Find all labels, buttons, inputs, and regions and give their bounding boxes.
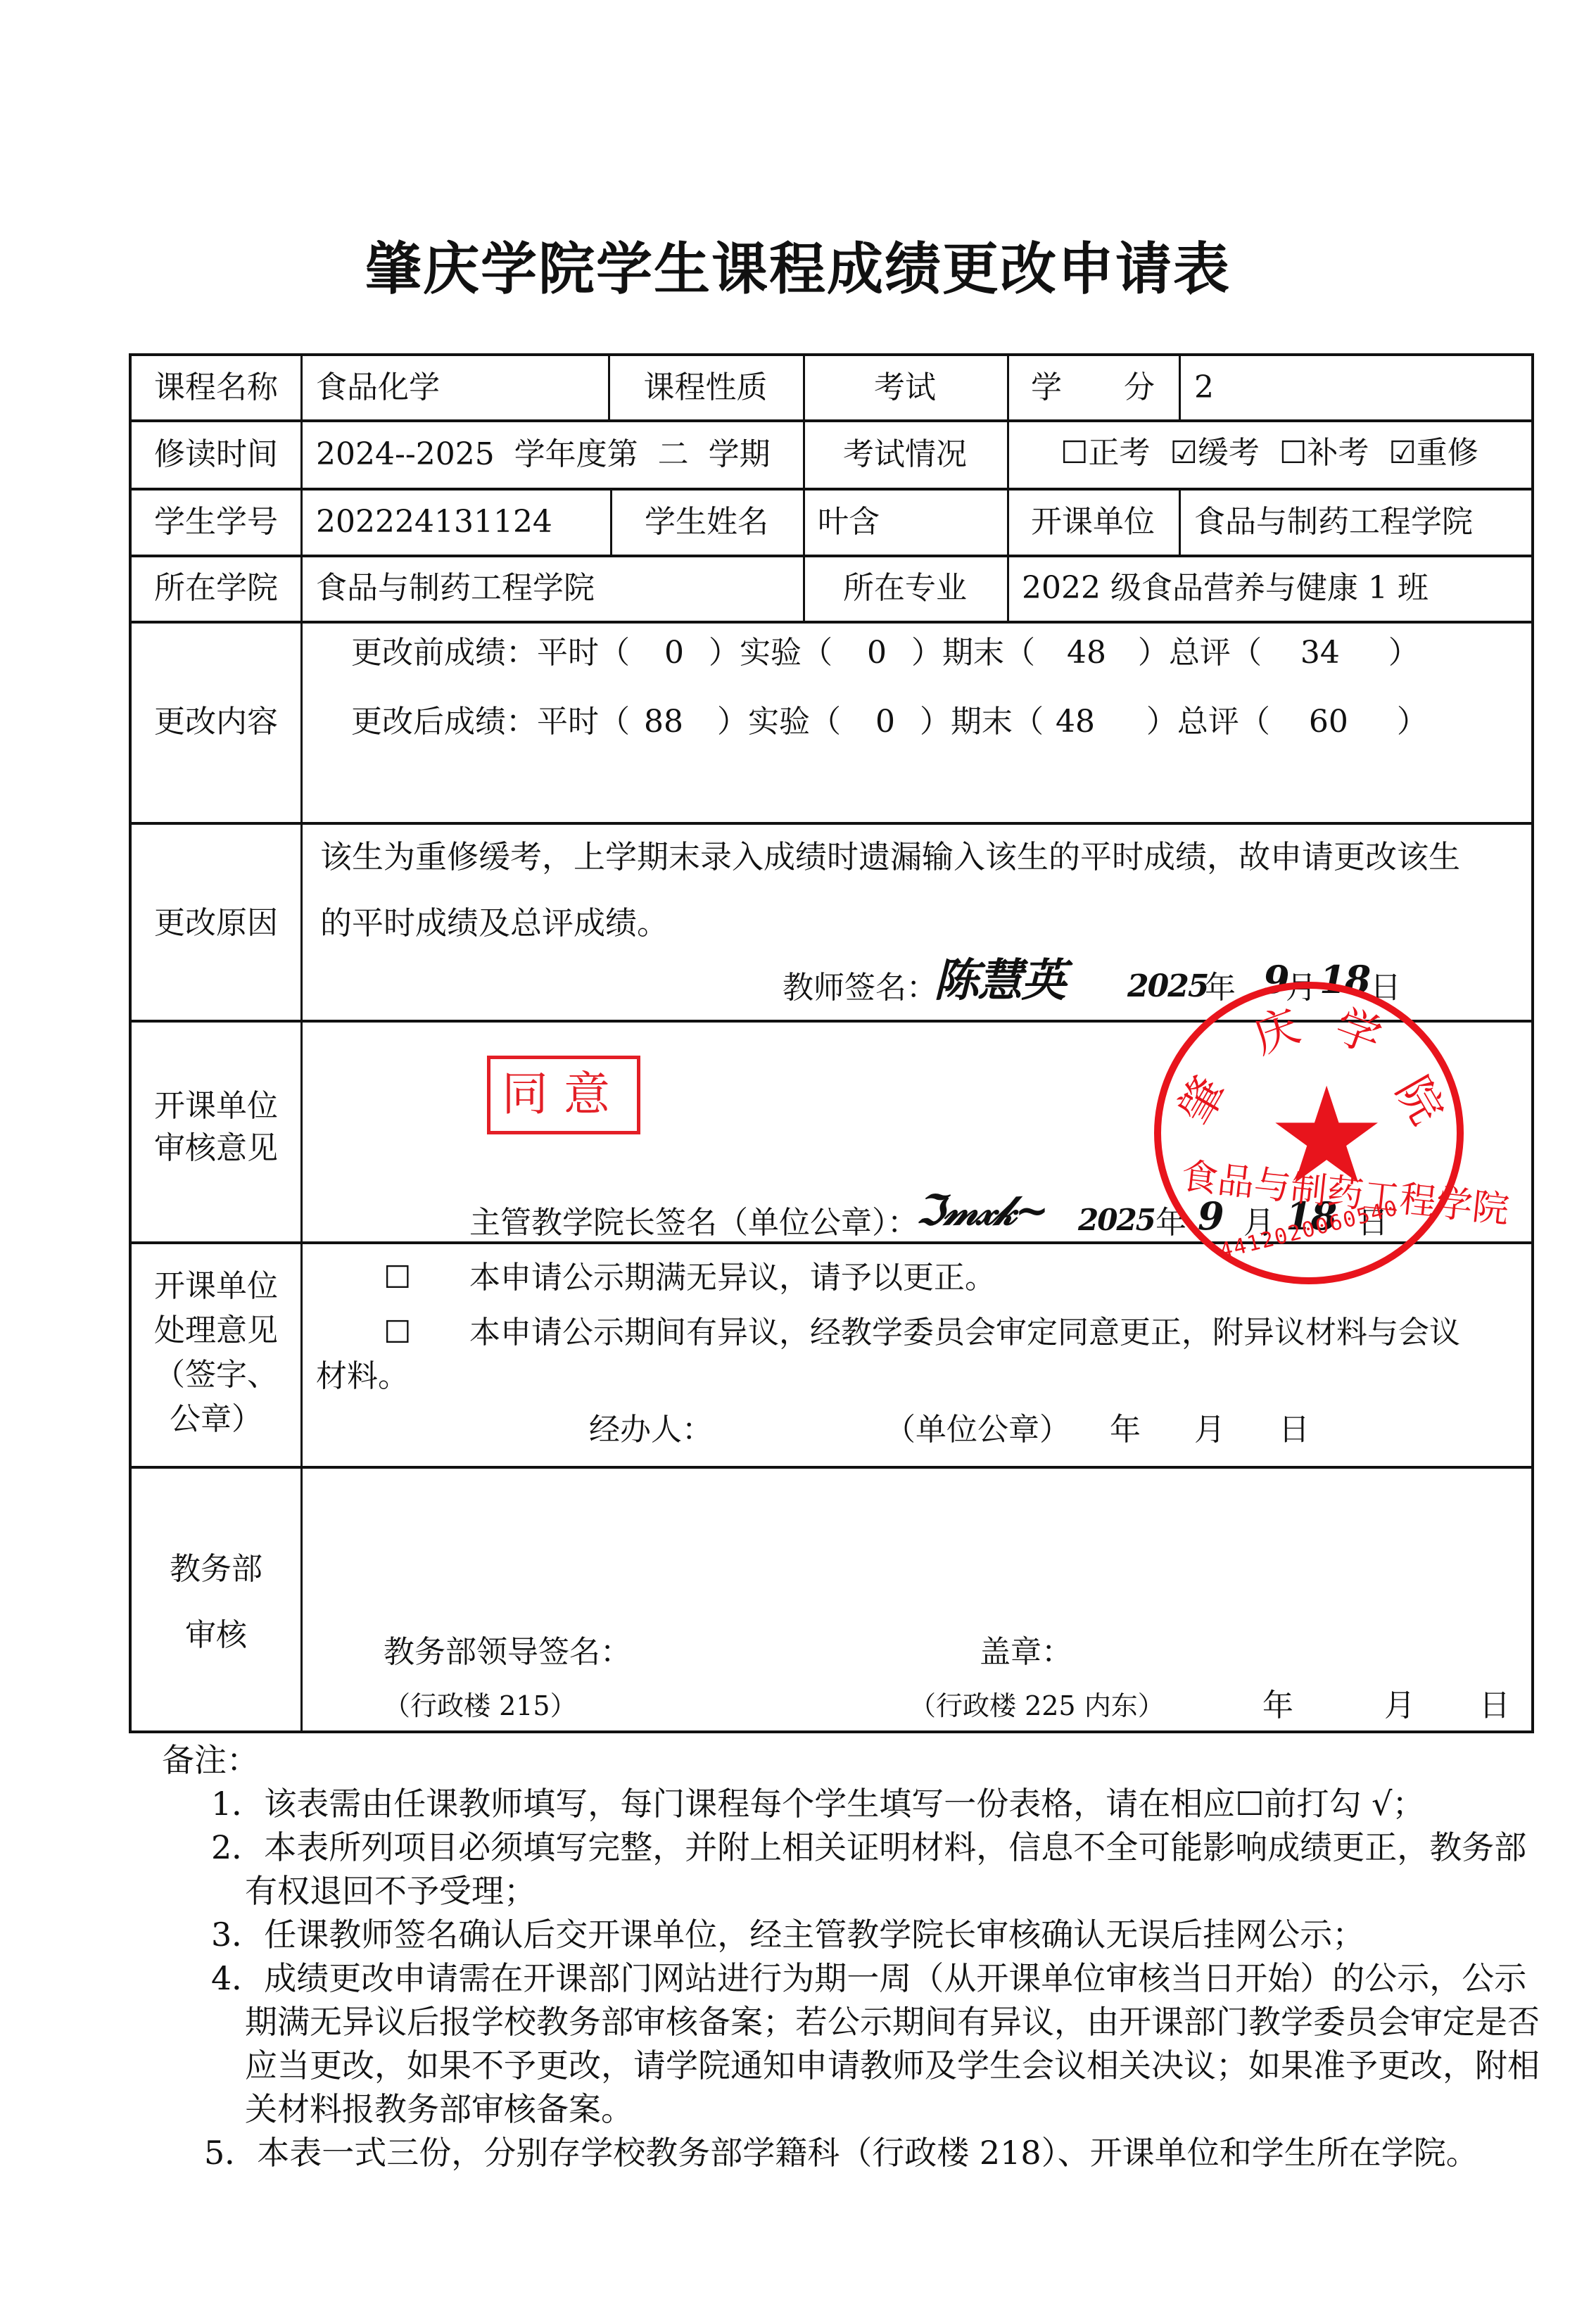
month-label: 月 (1194, 1412, 1225, 1448)
regular-label: 平时 (537, 635, 599, 671)
col-divider (1179, 356, 1181, 419)
after-scores: 更改后成绩：平时（88 ）实验（ 0 ）期末（48 ）总评（ 60 ） (351, 704, 1428, 740)
teacher-sign-label: 教师签名： (783, 970, 937, 1006)
col-divider (803, 488, 805, 555)
note-item: 1．该表需由任课教师填写，每门课程每个学生填写一份表格，请在相应☐前打勾 √； (211, 1782, 1540, 1825)
after-final-score: 48 (1044, 704, 1107, 740)
before-lab-score: 0 (852, 635, 901, 671)
leader-sign-label: 教务部领导签名： (384, 1634, 631, 1671)
row-divider (132, 419, 1531, 422)
option2-text: 本申请公示期间有异议，经教学委员会审定同意更正，附异议材料与会议 (469, 1315, 1460, 1351)
note-item-cont: 有权退回不予受理； (245, 1869, 1540, 1913)
exam-status-label: 考试情况 (803, 436, 1007, 473)
after-regular-score: 88 (630, 704, 697, 740)
after-lab-score: 0 (861, 704, 910, 740)
course-name-value: 食品化学 (316, 369, 440, 406)
year-label: 年 (1110, 1412, 1141, 1448)
offering-unit-label: 开课单位 (1007, 504, 1179, 540)
row-divider (132, 822, 1531, 825)
total-label: 总评 (1177, 704, 1239, 740)
note-item: 3．任课教师签名确认后交开课单位，经主管教学院长审核确认无误后挂网公示； (211, 1913, 1540, 1956)
option-label: 正考 (1088, 435, 1150, 471)
label-line: 处理意见 (132, 1308, 300, 1353)
option-label: 补考 (1307, 435, 1369, 471)
before-scores: 更改前成绩：平时（ 0 ）实验（ 0 ）期末（ 48 ）总评（ 34 ） (351, 635, 1419, 671)
final-label: 期末 (951, 704, 1013, 740)
seal-char: 院 (1383, 1063, 1462, 1134)
day-label: 日 (1279, 1412, 1310, 1448)
academic-affairs-label: 教务部 (132, 1551, 300, 1588)
after-total-score: 60 (1290, 704, 1367, 740)
seal-label: 盖章： (980, 1634, 1072, 1671)
checkbox-retake[interactable]: ☑ (1388, 435, 1416, 471)
major-value: 2022 级食品营养与健康 1 班 (1022, 570, 1429, 607)
unit-review-label: 开课单位 (132, 1088, 300, 1125)
reason-line-1: 该生为重修缓考，上学期末录入成绩时遗漏输入该生的平时成绩，故申请更改该生 (320, 839, 1460, 875)
notes-section: 备注： 1．该表需由任课教师填写，每门课程每个学生填写一份表格，请在相应☐前打勾… (155, 1738, 1540, 2175)
course-name-label: 课程名称 (132, 369, 300, 406)
before-final-score: 48 (1055, 635, 1118, 671)
course-type-label: 课程性质 (608, 369, 803, 406)
col-divider (300, 356, 303, 1733)
dean-sign-label: 主管教学院长签名（单位公章）： (469, 1205, 918, 1241)
before-total-score: 34 (1281, 635, 1359, 671)
change-content-label: 更改内容 (132, 704, 300, 740)
note-item-cont: 应当更改，如果不予更改，请学院通知申请教师及学生会议相关决议；如果准予更改，附相 (245, 2044, 1540, 2087)
study-time-label: 修读时间 (132, 436, 300, 473)
month-label: 月 (1384, 1688, 1415, 1724)
student-name-label: 学生姓名 (610, 504, 803, 540)
handler-label: 经办人： (589, 1412, 713, 1448)
checkbox-deferred-exam[interactable]: ☑ (1170, 435, 1197, 471)
teacher-signature: 陈慧英 (934, 963, 1065, 999)
seal-char: 肇 (1160, 1063, 1239, 1134)
notes-heading: 备注： (162, 1738, 1540, 1782)
academic-affairs-label-2: 审核 (132, 1617, 300, 1654)
lab-label: 实验 (748, 704, 810, 740)
col-divider (1007, 419, 1009, 488)
study-time-value: 2024--2025 学年度第 二 学期 (316, 436, 771, 473)
option-label: 缓考 (1198, 435, 1260, 471)
option2-checkbox[interactable]: ☐ (384, 1315, 411, 1351)
note-item: 2．本表所列项目必须填写完整，并附上相关证明材料，信息不全可能影响成绩更正，教务… (211, 1825, 1540, 1869)
student-id-value: 202224131124 (316, 504, 552, 540)
exam-options: ☐正考 ☑缓考 ☐补考 ☑重修 (1060, 435, 1478, 472)
note-item: 4．成绩更改申请需在开课部门网站进行为期一周（从开课单位审核当日开始）的公示，公… (211, 1956, 1540, 2000)
regular-label: 平时 (537, 704, 599, 740)
major-label: 所在专业 (803, 570, 1007, 607)
student-id-label: 学生学号 (132, 504, 300, 540)
option1-text: 本申请公示期满无异议，请予以更正。 (469, 1260, 996, 1296)
unit-stamp-label: （单位公章） (885, 1412, 1070, 1448)
after-prefix: 更改后成绩： (351, 704, 537, 740)
note-item-cont: 关材料报教务部审核备案。 (245, 2087, 1540, 2131)
total-label: 总评 (1169, 635, 1231, 671)
note-item-cont: 期满无异议后报学校教务部审核备案；若公示期间有异议，由开课部门教学委员会审定是否 (245, 2000, 1540, 2044)
row-divider (132, 1466, 1531, 1469)
note-item: 5．本表一式三份，分别存学校教务部学籍科（行政楼 218）、开课单位和学生所在学… (204, 2131, 1540, 2175)
year-label: 年 (1262, 1688, 1293, 1724)
option-label: 重修 (1417, 435, 1478, 471)
before-prefix: 更改前成绩： (351, 635, 537, 671)
option2-text-cont: 材料。 (316, 1358, 409, 1395)
seal-char: 庆 (1243, 990, 1307, 1066)
credit-label: 学 分 (1007, 369, 1179, 406)
label-line: 公章） (132, 1397, 300, 1441)
seal-location: （行政楼 225 内东） (909, 1688, 1165, 1724)
final-label: 期末 (942, 635, 1004, 671)
college-seal: 肇 庆 学 院 ★ 食品与制药工程学院 4412020060540 (1154, 982, 1464, 1284)
dean-signature: ℑ𝓂𝓍𝓀~ (916, 1192, 1048, 1229)
col-divider (1007, 555, 1009, 621)
unit-processing-label: 开课单位 处理意见 （签字、 公章） (132, 1264, 300, 1441)
approve-stamp: 同意 (487, 1056, 640, 1134)
before-regular-score: 0 (650, 635, 699, 671)
leader-location: （行政楼 215） (384, 1688, 577, 1724)
form-title: 肇庆学院学生课程成绩更改申请表 (0, 224, 1596, 305)
year-label: 年 (1205, 970, 1236, 1006)
lab-label: 实验 (740, 635, 802, 671)
student-name-value: 叶含 (818, 504, 880, 540)
change-reason-label: 更改原因 (132, 905, 300, 942)
checkbox-makeup-exam[interactable]: ☐ (1279, 435, 1307, 471)
unit-review-label-2: 审核意见 (132, 1130, 300, 1167)
college-value: 食品与制药工程学院 (316, 570, 595, 607)
row-divider (132, 555, 1531, 557)
offering-unit-value: 食品与制药工程学院 (1194, 504, 1473, 540)
teacher-sign-year: 2025 (1127, 968, 1208, 1005)
label-line: （签字、 (132, 1353, 300, 1397)
row-divider (132, 621, 1531, 624)
row-divider (132, 488, 1531, 491)
college-label: 所在学院 (132, 570, 300, 607)
option1-checkbox[interactable]: ☐ (384, 1260, 411, 1296)
course-type-value: 考试 (803, 369, 1007, 406)
checkbox-regular-exam[interactable]: ☐ (1060, 435, 1088, 471)
seal-char: 学 (1327, 990, 1392, 1066)
label-line: 开课单位 (132, 1264, 300, 1308)
col-divider (1179, 488, 1181, 555)
reason-line-2: 的平时成绩及总评成绩。 (320, 905, 669, 942)
day-label: 日 (1479, 1688, 1510, 1724)
credit-value: 2 (1194, 369, 1214, 406)
dean-sign-year: 2025 (1078, 1202, 1155, 1239)
